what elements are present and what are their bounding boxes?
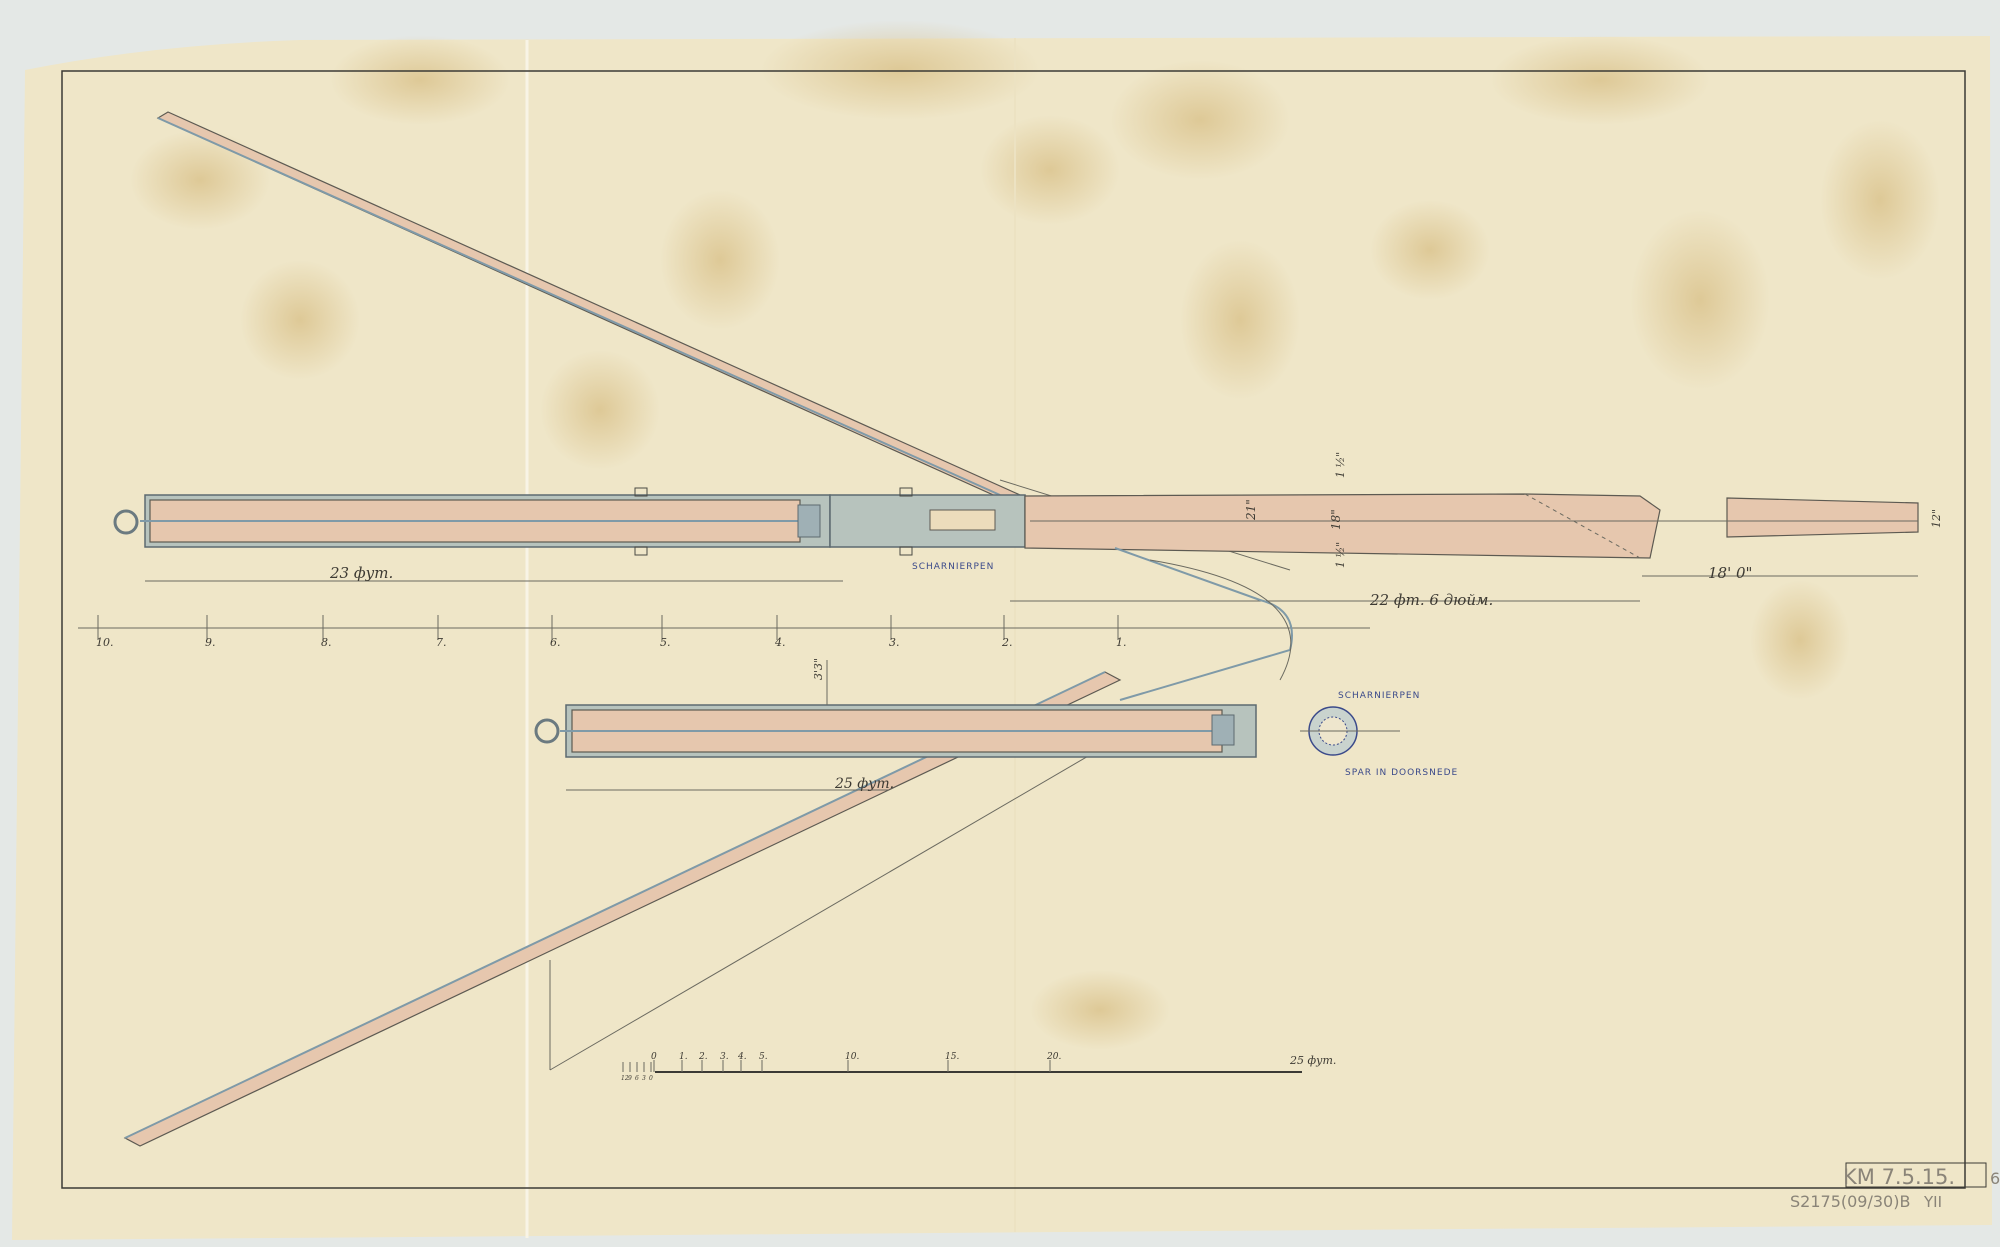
svg-text:S2175(09/30)B: S2175(09/30)B [1790, 1192, 1910, 1211]
svg-text:SPAR IN DOORSNEDE: SPAR IN DOORSNEDE [1345, 768, 1458, 778]
svg-text:6: 6 [635, 1075, 639, 1082]
svg-text:SCHARNIERPEN: SCHARNIERPEN [912, 562, 994, 572]
svg-text:YII: YII [1923, 1193, 1942, 1211]
svg-text:5.: 5. [660, 636, 671, 649]
svg-text:1.: 1. [1116, 636, 1127, 649]
svg-text:SCHARNIERPEN: SCHARNIERPEN [1338, 691, 1420, 701]
svg-text:KM 7.5.15.: KM 7.5.15. [1843, 1165, 1955, 1189]
svg-text:1 ½": 1 ½" [1334, 452, 1347, 478]
svg-text:3: 3 [642, 1075, 646, 1082]
svg-text:1.: 1. [679, 1052, 688, 1062]
svg-text:20.: 20. [1046, 1052, 1061, 1062]
svg-text:15.: 15. [945, 1052, 959, 1062]
svg-text:12": 12" [1930, 509, 1943, 528]
svg-text:7.: 7. [436, 636, 447, 649]
svg-text:10.: 10. [96, 636, 114, 649]
svg-text:2.: 2. [698, 1052, 708, 1062]
svg-text:6: 6 [1990, 1169, 2000, 1188]
svg-text:6.: 6. [550, 636, 561, 649]
svg-text:0: 0 [649, 1075, 653, 1082]
svg-text:21": 21" [1244, 499, 1258, 521]
svg-text:0: 0 [651, 1052, 657, 1062]
svg-text:18": 18" [1329, 509, 1343, 530]
svg-text:4.: 4. [737, 1052, 747, 1062]
technical-drawing-sheet: 23 фут. 22 фт. 6 дюйм. 18' 0" 21" 18" 1 … [0, 0, 2000, 1247]
svg-text:2.: 2. [1001, 636, 1013, 649]
svg-text:22 фт. 6 дюйм.: 22 фт. 6 дюйм. [1369, 591, 1493, 609]
svg-text:3.: 3. [720, 1052, 729, 1062]
svg-text:4.: 4. [774, 636, 786, 649]
svg-text:23 фут.: 23 фут. [329, 564, 393, 582]
svg-text:1 ½": 1 ½" [1334, 542, 1347, 568]
svg-text:8.: 8. [321, 636, 332, 649]
svg-text:3.: 3. [889, 636, 900, 649]
svg-text:18' 0": 18' 0" [1708, 564, 1752, 582]
svg-text:9.: 9. [205, 636, 216, 649]
svg-text:25 фут.: 25 фут. [1289, 1054, 1336, 1067]
svg-text:25 фут.: 25 фут. [834, 776, 894, 792]
svg-text:3'3": 3'3" [812, 658, 825, 680]
svg-text:5.: 5. [759, 1052, 768, 1062]
upper-telescopic-strut [115, 488, 1025, 555]
svg-text:9: 9 [628, 1075, 632, 1082]
svg-text:10.: 10. [845, 1052, 859, 1062]
